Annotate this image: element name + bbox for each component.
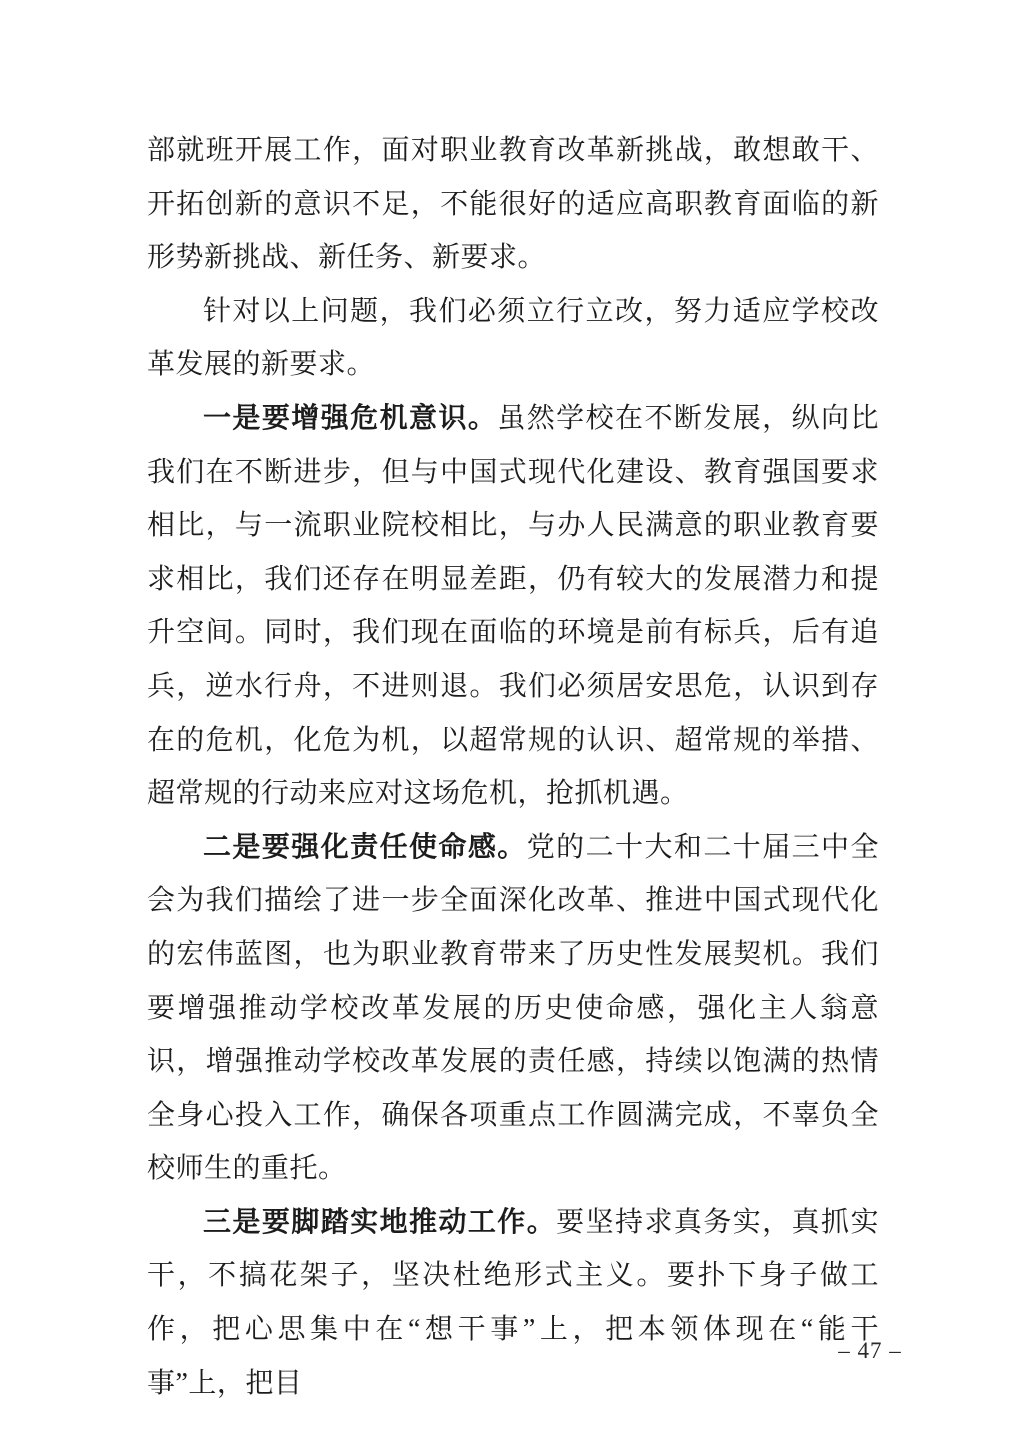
paragraph-text: 部就班开展工作，面对职业教育改革新挑战，敢想敢干、开拓创新的意识不足，不能很好的…: [147, 135, 879, 273]
paragraph: 部就班开展工作，面对职业教育改革新挑战，敢想敢干、开拓创新的意识不足，不能很好的…: [147, 124, 879, 285]
paragraph: 一是要增强危机意识。虽然学校在不断发展，纵向比我们在不断进步，但与中国式现代化建…: [147, 392, 879, 821]
document-body: 部就班开展工作，面对职业教育改革新挑战，敢想敢干、开拓创新的意识不足，不能很好的…: [147, 124, 879, 1410]
paragraph-lead: 三是要脚踏实地推动工作。: [203, 1207, 556, 1238]
document-page: 部就班开展工作，面对职业教育改革新挑战，敢想敢干、开拓创新的意识不足，不能很好的…: [0, 0, 1024, 1448]
paragraph-text: 针对以上问题，我们必须立行立改，努力适应学校改革发展的新要求。: [147, 296, 879, 381]
page-number: – 47 –: [810, 1338, 930, 1364]
paragraph-lead: 二是要强化责任使命感。: [203, 832, 527, 863]
paragraph-text: 党的二十大和二十届三中全会为我们描绘了进一步全面深化改革、推进中国式现代化的宏伟…: [147, 832, 879, 1185]
paragraph-lead: 一是要增强危机意识。: [203, 403, 497, 434]
paragraph: 二是要强化责任使命感。党的二十大和二十届三中全会为我们描绘了进一步全面深化改革、…: [147, 821, 879, 1196]
paragraph: 针对以上问题，我们必须立行立改，努力适应学校改革发展的新要求。: [147, 285, 879, 392]
paragraph: 三是要脚踏实地推动工作。要坚持求真务实，真抓实干，不搞花架子，坚决杜绝形式主义。…: [147, 1196, 879, 1410]
paragraph-text: 虽然学校在不断发展，纵向比我们在不断进步，但与中国式现代化建设、教育强国要求相比…: [147, 403, 879, 809]
